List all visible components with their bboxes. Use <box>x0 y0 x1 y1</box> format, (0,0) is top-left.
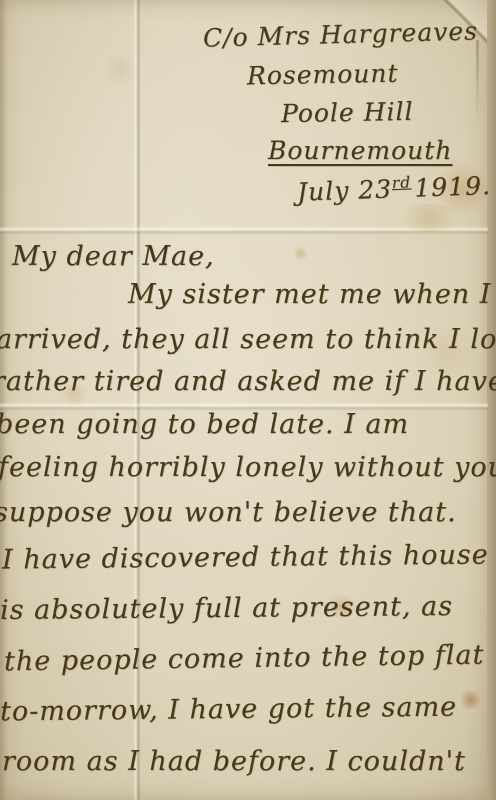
scanned-letter-photo: C/o Mrs Hargreaves Rosemount Poole Hill … <box>0 0 496 800</box>
body-line: is absolutely full at present, as <box>0 591 453 626</box>
date-day: July 23 <box>297 174 393 206</box>
body-line: suppose you won't believe that. <box>0 497 457 528</box>
date-year: 1919. <box>414 171 492 203</box>
body-line: feeling horribly lonely without you, <box>0 452 496 483</box>
body-line: rather tired and asked me if I have <box>0 366 496 397</box>
body-line: I have discovered that this house <box>2 539 489 575</box>
scan-background-edge <box>487 0 496 800</box>
body-line: room as I had before. I couldn't <box>2 746 466 777</box>
salutation: My dear Mae, <box>12 241 215 272</box>
corner-fold-line <box>476 40 479 120</box>
horizontal-fold-crease-upper <box>0 226 488 235</box>
body-line: My sister met me when I <box>128 279 491 310</box>
body-line: to-morrow, I have got the same <box>0 692 457 728</box>
address-line-town: Bournemouth <box>268 136 452 165</box>
address-line-house: Rosemount <box>247 59 399 91</box>
paper-left-edge-shadow <box>0 0 7 800</box>
letter-paper <box>0 0 488 800</box>
address-line-street: Poole Hill <box>281 97 414 128</box>
date-ordinal: rd <box>392 173 412 192</box>
vertical-fold-crease <box>133 0 141 800</box>
body-line: been going to bed late. I am <box>0 409 409 440</box>
body-line: arrived, they all seem to think I look <box>0 324 496 355</box>
